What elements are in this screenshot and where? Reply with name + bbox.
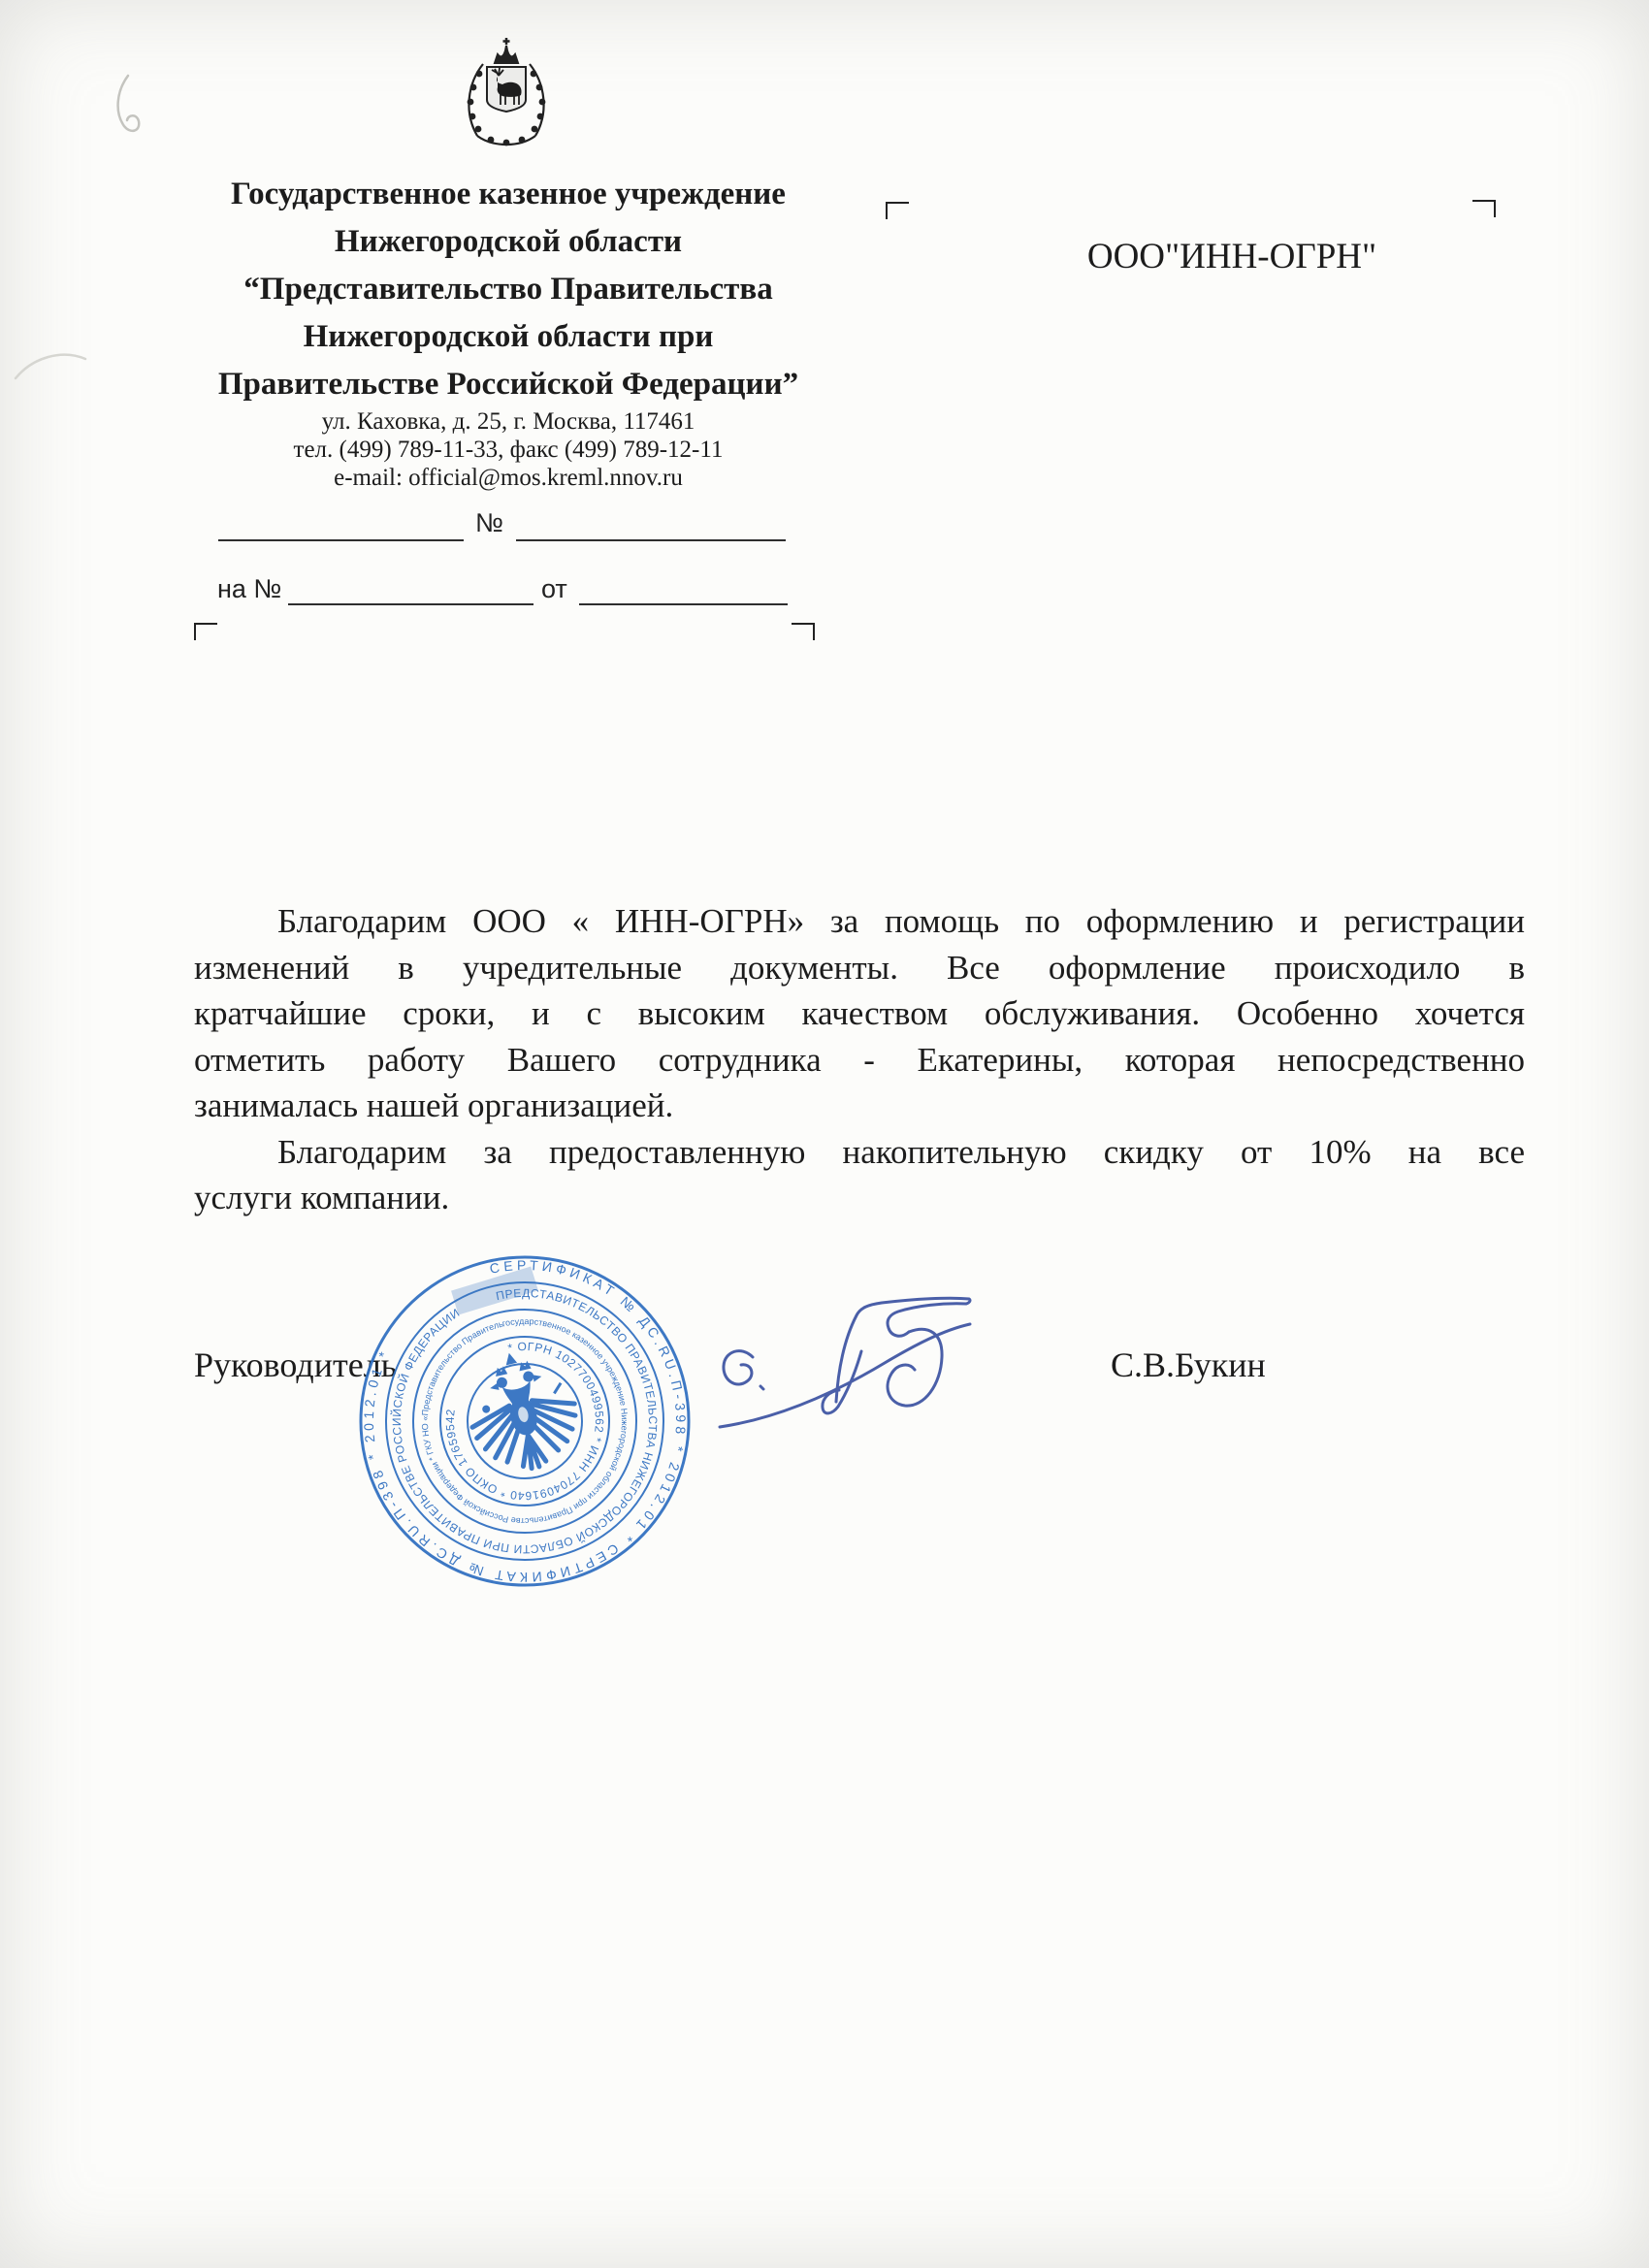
phone-fax-line: тел. (499) 789-11-33, факс (499) 789-12-…: [124, 436, 892, 464]
org-name-line: Правительстве Российской Федерации”: [124, 361, 892, 408]
body-line: кратчайшие сроки, и с высоким качеством …: [194, 990, 1525, 1037]
scanned-letter-page: Государственное казенное учреждение Ниже…: [0, 0, 1649, 2268]
outgoing-number-label: №: [475, 508, 503, 538]
outgoing-number-blank-line: [516, 514, 786, 541]
address-line: ул. Каховка, д. 25, г. Москва, 117461: [124, 407, 892, 436]
scan-artifact-squiggle: [109, 70, 167, 138]
email-line: e-mail: official@mos.kreml.nnov.ru: [124, 464, 892, 492]
recipient-name: ООО"ИНН-ОГРН": [1009, 236, 1455, 277]
body-line: занималась нашей организацией.: [194, 1083, 1525, 1129]
reply-number-blank-line: [288, 578, 533, 605]
corner-mark-right: [792, 623, 815, 640]
letter-body: Благодарим ООО « ИНН-ОГРН» за помощь по …: [194, 898, 1525, 1221]
organization-name-block: Государственное казенное учреждение Ниже…: [124, 171, 892, 408]
recipient-corner-mark-right: [1472, 200, 1496, 217]
body-line: Благодарим ООО « ИНН-ОГРН» за помощь по …: [194, 898, 1525, 945]
contact-block: ул. Каховка, д. 25, г. Москва, 117461 те…: [124, 407, 892, 492]
org-name-line: Государственное казенное учреждение: [124, 171, 892, 218]
scan-artifact-arc: [12, 338, 89, 392]
reply-to-number-label: на №: [217, 574, 281, 604]
body-line: услуги компании.: [194, 1175, 1525, 1221]
handwritten-signature: [691, 1254, 986, 1439]
signer-name: С.В.Букин: [1111, 1345, 1266, 1385]
org-name-line: Нижегородской области: [124, 218, 892, 266]
body-line: отметить работу Вашего сотрудника - Екат…: [194, 1037, 1525, 1084]
official-stamp: СЕРТИФИКАТ № ДС.RU.П-398 * 2012.01 * СЕР…: [324, 1220, 727, 1623]
recipient-corner-mark-left: [886, 202, 909, 219]
coat-of-arms-icon: [438, 33, 574, 171]
body-line: Благодарим за предоставленную накопитель…: [194, 1129, 1525, 1176]
org-name-line: “Представительство Правительства: [124, 266, 892, 313]
corner-mark-left: [194, 623, 217, 640]
outgoing-date-blank-line: [218, 514, 464, 541]
org-name-line: Нижегородской области при: [124, 313, 892, 361]
body-line: изменений в учредительные документы. Все…: [194, 945, 1525, 991]
reply-date-blank-line: [579, 578, 788, 605]
reply-from-label: от: [541, 574, 567, 604]
